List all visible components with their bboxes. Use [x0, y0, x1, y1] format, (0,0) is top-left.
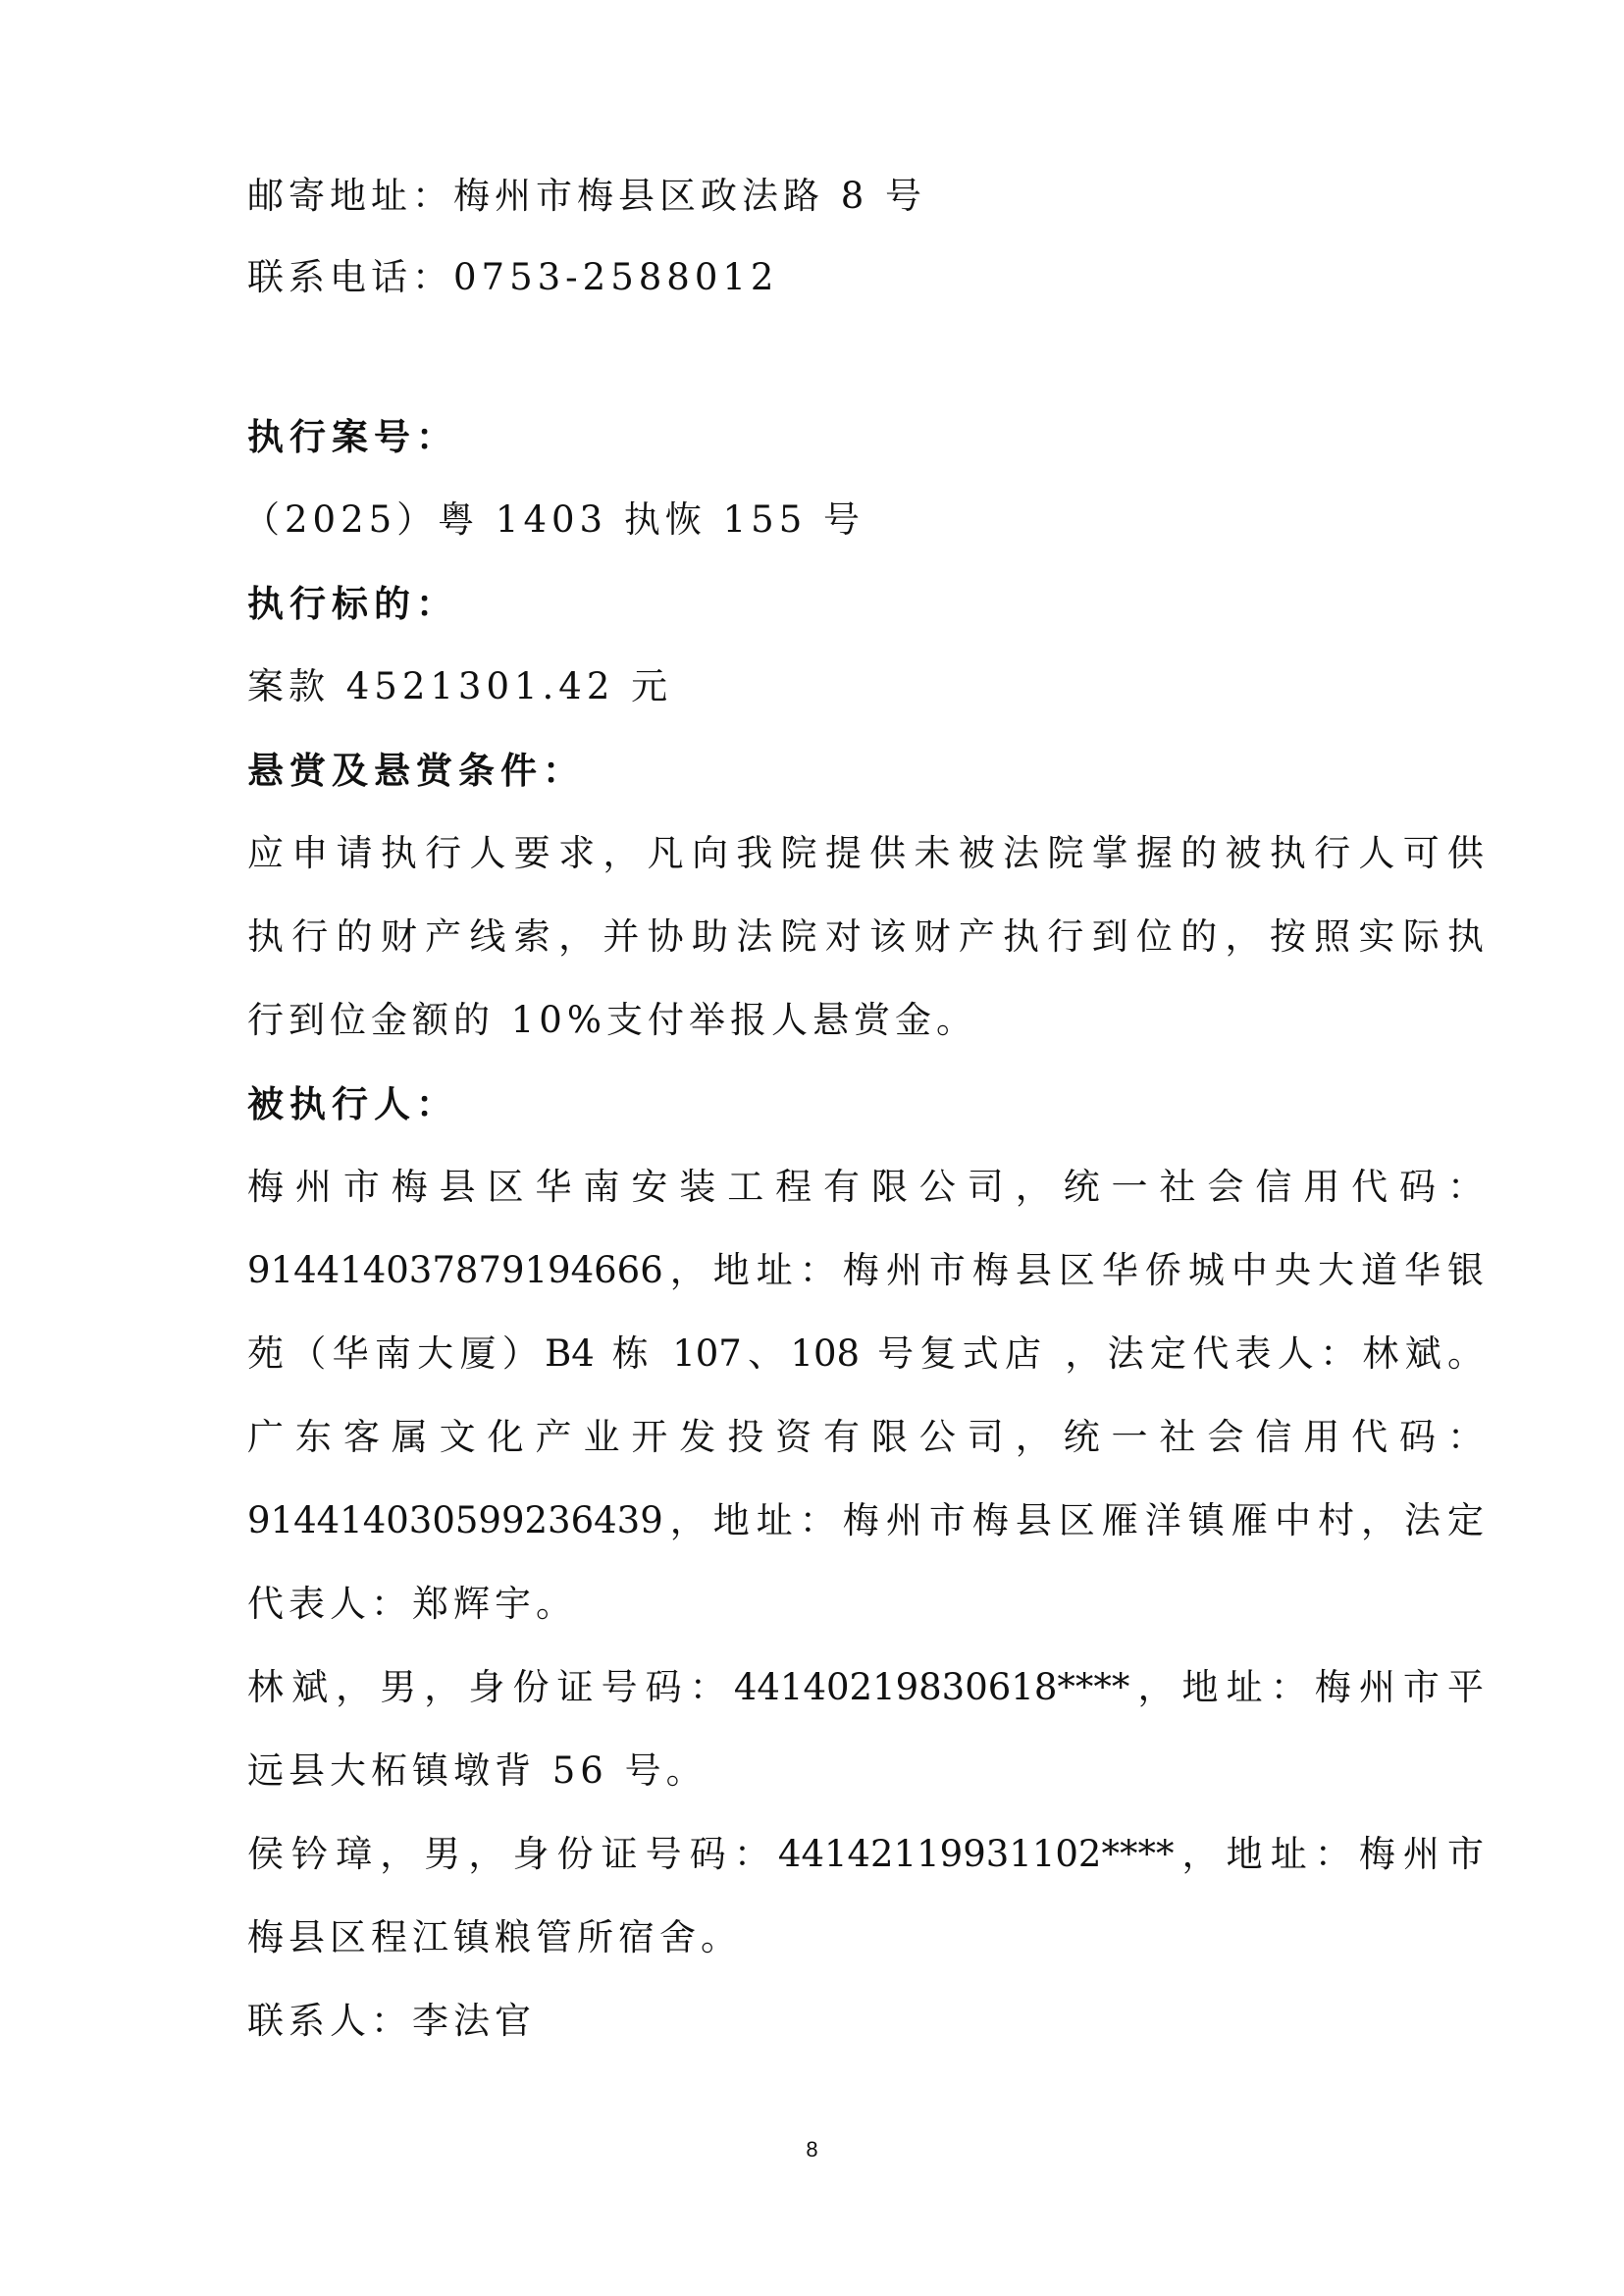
respondent-line: 914414030599236439，地址：梅州市梅县区雁洋镇雁中村，法定 — [247, 1496, 1484, 1545]
reward-line: 执行的财产线索，并协助法院对该财产执行到位的，按照实际执 — [247, 913, 1484, 962]
respondent-line: 代表人：郑辉宇。 — [247, 1580, 1484, 1629]
reward-heading: 悬赏及悬赏条件： — [247, 746, 1484, 795]
mailing-address: 邮寄地址：梅州市梅县区政法路 8 号 — [247, 172, 1484, 221]
respondents-heading: 被执行人： — [247, 1079, 1484, 1128]
respondent-line: 91441403787919466​6，地址：梅州市梅县区华侨城中央大道华银 — [247, 1246, 1484, 1295]
respondent-line: 远县大柘镇墩背 56 号。 — [247, 1747, 1484, 1796]
contact-phone: 联系电话：0753-2588012 — [247, 253, 1484, 302]
respondent-line: 苑（华南大厦）B4 栋 107、108 号复式店 ，法定代表人：林斌。 — [247, 1330, 1484, 1379]
page-number: 8 — [0, 2135, 1624, 2165]
respondent-line: 侯钤璋，男，身份证号码：44142119931102****，地址：梅州市 — [247, 1830, 1484, 1879]
subject-value: 案款 4521301.42 元 — [247, 662, 1484, 711]
reward-line: 行到位金额的 10%支付举报人悬赏金。 — [247, 996, 1484, 1045]
respondent-line: 梅县区程江镇粮管所宿舍。 — [247, 1913, 1484, 1962]
respondent-line: 林斌，男，身份证号码：44140219830618****，地址：梅州市平 — [247, 1663, 1484, 1712]
subject-heading: 执行标的： — [247, 579, 1484, 628]
reward-line: 应申请执行人要求，凡向我院提供未被法院掌握的被执行人可供 — [247, 829, 1484, 878]
contact-person: 联系人：李法官 — [247, 1997, 1484, 2046]
document-page: 邮寄地址：梅州市梅县区政法路 8 号 联系电话：0753-2588012 执行案… — [0, 0, 1624, 2296]
respondent-line: 广东客属文化产业开发投资有限公司，统一社会信用代码： — [247, 1413, 1484, 1462]
case-number-value: （2025）粤 1403 执恢 155 号 — [243, 496, 1480, 545]
case-number-heading: 执行案号： — [247, 412, 1484, 461]
respondent-line: 梅州市梅县区华南安装工程有限公司，统一社会信用代码： — [247, 1163, 1484, 1212]
